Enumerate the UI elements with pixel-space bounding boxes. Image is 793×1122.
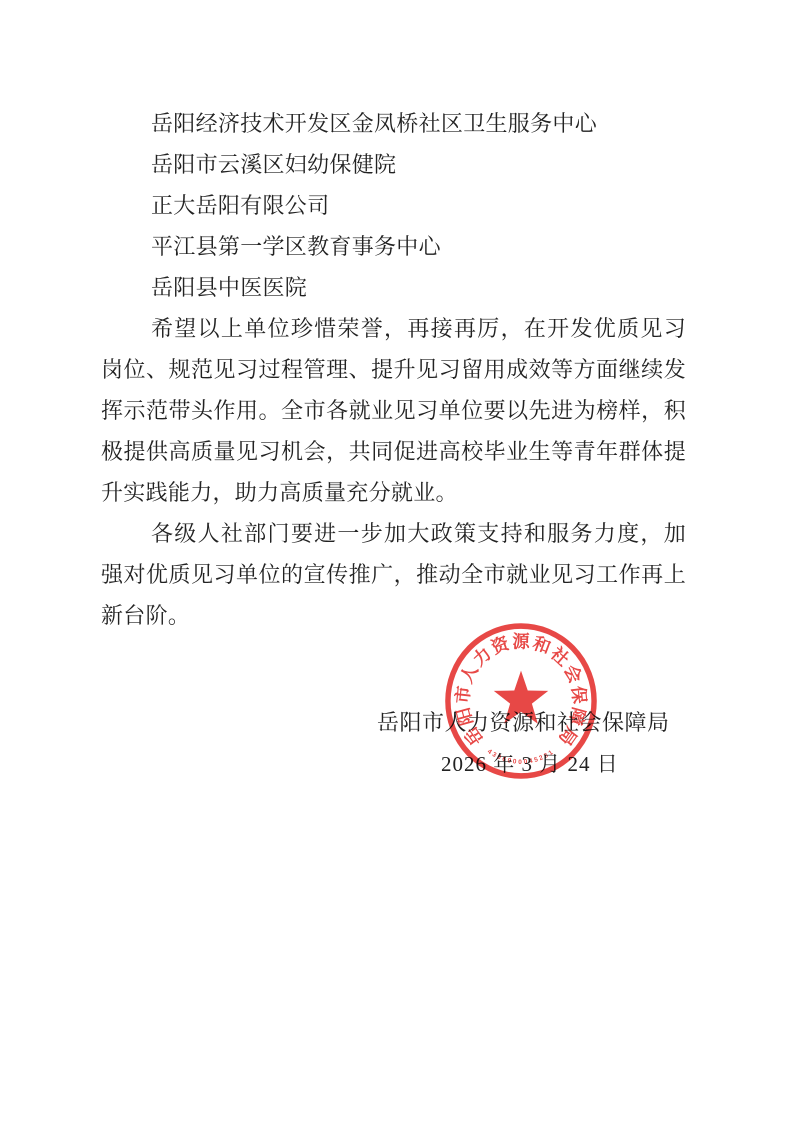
body-paragraph: 各级人社部门要进一步加大政策支持和服务力度，加强对优质见习单位的宣传推广，推动全… [101,513,686,636]
seal-ring-char: 保 [568,685,589,705]
recipient-line: 平江县第一学区教育事务中心 [101,226,686,267]
recipient-line: 岳阳县中医医院 [101,267,686,308]
official-seal: 岳阳市人力资源和社会保障局 4306000045281 [442,620,600,782]
seal-ring-char: 源 [512,631,530,651]
seal-code: 4306000045281 [486,748,556,766]
recipient-line: 正大岳阳有限公司 [101,185,686,226]
seal-ring-char: 阳 [453,705,477,727]
seal-ring-char: 市 [452,684,473,704]
recipient-line: 岳阳经济技术开发区金凤桥社区卫生服务中心 [101,103,686,144]
star-icon [494,671,548,724]
body-paragraph: 希望以上单位珍惜荣誉，再接再厉，在开发优质见习岗位、规范见习过程管理、提升见习留… [101,308,686,513]
letter-body: 岳阳经济技术开发区金凤桥社区卫生服务中心 岳阳市云溪区妇幼保健院 正大岳阳有限公… [101,103,686,636]
recipient-line: 岳阳市云溪区妇幼保健院 [101,144,686,185]
seal-ring-char: 资 [489,632,513,657]
scanned-letter-page: 岳阳经济技术开发区金凤桥社区卫生服务中心 岳阳市云溪区妇幼保健院 正大岳阳有限公… [0,0,793,1122]
